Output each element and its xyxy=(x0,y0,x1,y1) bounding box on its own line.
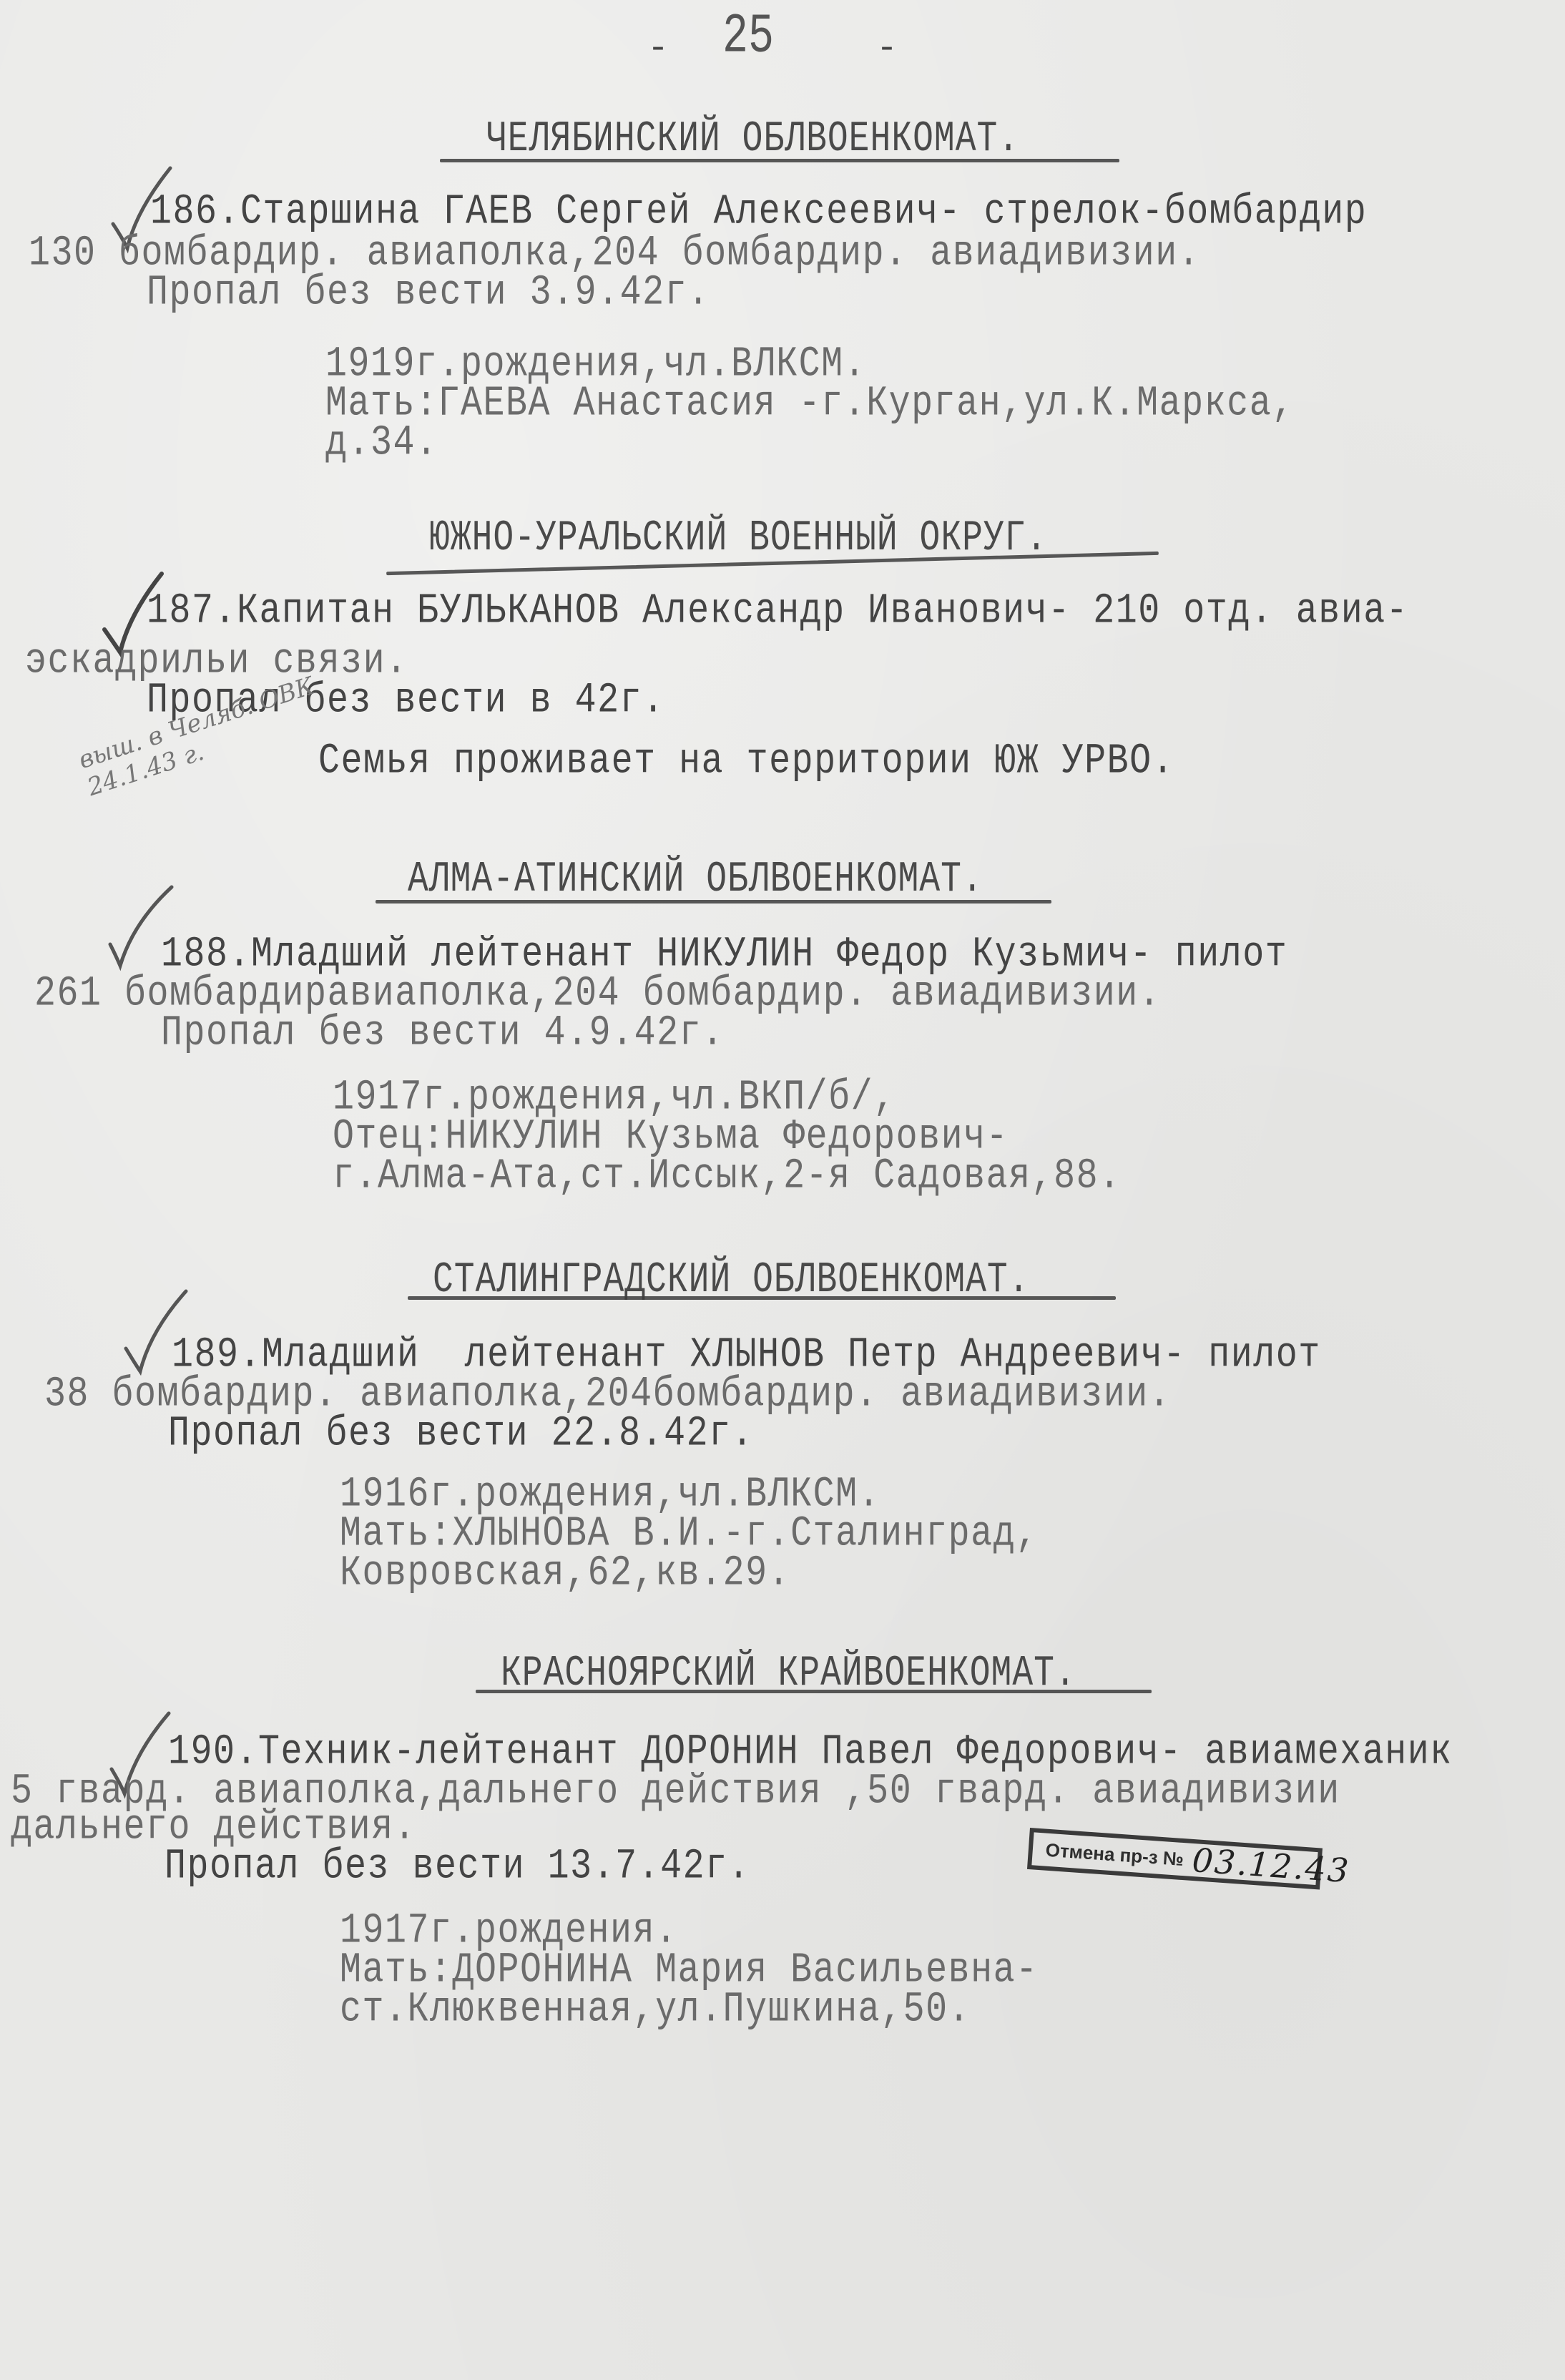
page-number-dash-left: - xyxy=(647,29,669,69)
header-underline xyxy=(376,900,1051,903)
entry-190-line-4: Пропал без вести 13.7.42г. xyxy=(165,1842,750,1893)
entry-190-detail-3: ст.Клюквенная,ул.Пушкина,50. xyxy=(340,1985,971,2036)
entry-188-detail-3: г.Алма-Ата,ст.Иссык,2-я Садовая,88. xyxy=(333,1152,1122,1203)
page-number-dash-right: - xyxy=(876,29,898,69)
header-underline xyxy=(440,159,1119,162)
entry-188-line-3: Пропал без вести 4.9.42г. xyxy=(161,1009,725,1059)
section-header-alma-ata: АЛМА-АТИНСКИЙ ОБЛВОЕНКОМАТ. xyxy=(408,855,983,905)
header-underline xyxy=(476,1690,1152,1693)
entry-189-detail-3: Ковровская,62,кв.29. xyxy=(340,1549,790,1600)
entry-189-line-3: Пропал без вести 22.8.42г. xyxy=(168,1409,754,1460)
entry-187-line-1: 187.Капитан БУЛЬКАНОВ Александр Иванович… xyxy=(147,587,1408,637)
stamp-label: Отмена пр-з № xyxy=(1045,1838,1184,1870)
section-header-chelyabinsk: ЧЕЛЯБИНСКИЙ ОБЛВОЕНКОМАТ. xyxy=(486,114,1019,165)
document-page: - 25 - ЧЕЛЯБИНСКИЙ ОБЛВОЕНКОМАТ. 186.Ста… xyxy=(0,0,1565,2380)
page-number: 25 xyxy=(722,6,774,69)
stamp-date: 03.12.43 xyxy=(1191,1841,1351,1890)
entry-187-detail-1: Семья проживает на территории ЮЖ УРВО. xyxy=(318,737,1174,788)
header-underline xyxy=(408,1296,1116,1300)
entry-186-line-3: Пропал без вести 3.9.42г. xyxy=(147,268,710,319)
cancellation-stamp: Отмена пр-з № 03.12.43 xyxy=(1027,1828,1323,1889)
entry-186-detail-3: д.34. xyxy=(325,418,438,469)
entry-186-detail-2: Мать:ГАЕВА Анастасия -г.Курган,ул.К.Марк… xyxy=(325,379,1295,430)
